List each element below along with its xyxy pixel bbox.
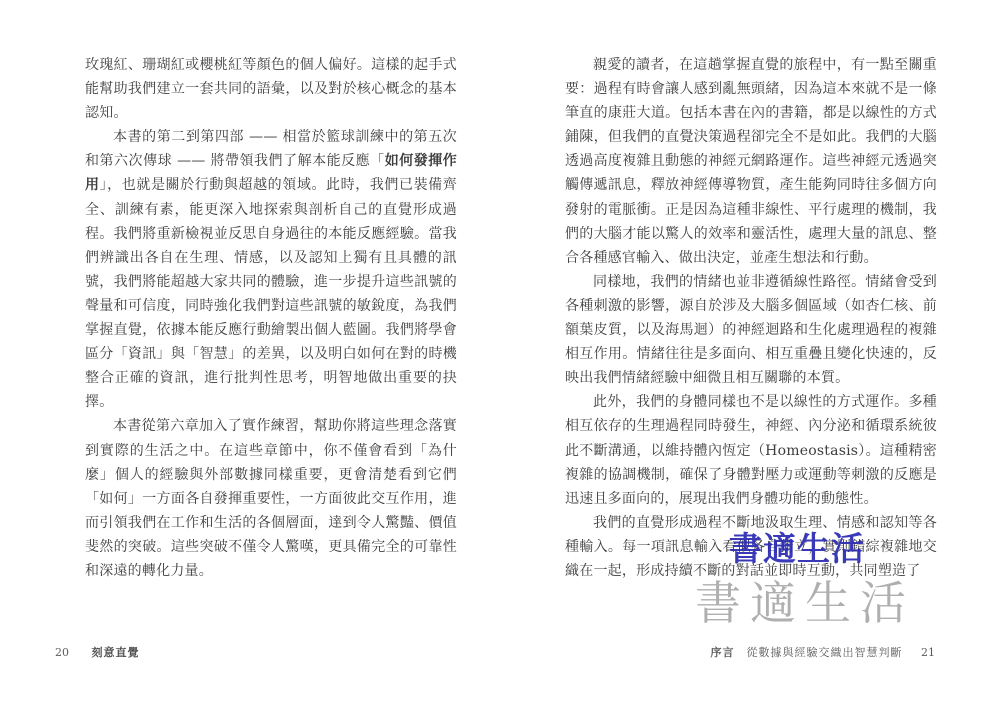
right-footer: 序言從數據與經驗交織出智慧判斷 21 (711, 644, 936, 660)
paragraph: 此外，我們的身體同樣也不是以線性的方式運作。多種相互依存的生理過程同時發生，神經… (565, 390, 937, 510)
chapter-title: 從數據與經驗交織出智慧判斷 (747, 646, 903, 659)
right-page-number: 21 (921, 646, 935, 659)
text-run: 同樣地，我們的情緒也並非遵循線性路徑。情緒會受到各種刺激的影響，源自於涉及大腦多… (565, 274, 937, 386)
paragraph: 同樣地，我們的情緒也並非遵循線性路徑。情緒會受到各種刺激的影響，源自於涉及大腦多… (565, 270, 937, 390)
paragraph: 玫瑰紅、珊瑚紅或櫻桃紅等顏色的個人偏好。這樣的起手式能幫助我們建立一套共同的語彙… (85, 53, 457, 125)
left-page-number: 20 (55, 646, 69, 659)
paragraph: 本書從第六章加入了實作練習，幫助你將這些理念落實到實際的生活之中。在這些章節中，… (85, 414, 457, 583)
paragraph: 本書的第二到第四部 —— 相當於籃球訓練中的第五次和第六次傳球 —— 將帶領我們… (85, 125, 457, 414)
book-spread: 玫瑰紅、珊瑚紅或櫻桃紅等顏色的個人偏好。這樣的起手式能幫助我們建立一套共同的語彙… (0, 0, 1000, 705)
text-run: 」，也就是關於行動與超越的領域。此時，我們已裝備齊全、訓練有素，能更深入地探索與… (85, 177, 457, 410)
text-run: 我們的直覺形成過程不斷地汲取生理、情感和認知等各種輸入。每一項訊息輸入看似各自獨… (565, 515, 937, 579)
left-page-text: 玫瑰紅、珊瑚紅或櫻桃紅等顏色的個人偏好。這樣的起手式能幫助我們建立一套共同的語彙… (85, 53, 457, 583)
book-title: 刻意直覺 (92, 646, 140, 659)
paragraph: 我們的直覺形成過程不斷地汲取生理、情感和認知等各種輸入。每一項訊息輸入看似各自獨… (565, 511, 937, 583)
right-page-text: 親愛的讀者，在這趟掌握直覺的旅程中，有一點至關重要：過程有時會讓人感到亂無頭緒，… (565, 53, 937, 583)
text-run: 本書從第六章加入了實作練習，幫助你將這些理念落實到實際的生活之中。在這些章節中，… (85, 418, 457, 579)
text-run: 玫瑰紅、珊瑚紅或櫻桃紅等顏色的個人偏好。這樣的起手式能幫助我們建立一套共同的語彙… (85, 57, 457, 121)
paragraph: 親愛的讀者，在這趟掌握直覺的旅程中，有一點至關重要：過程有時會讓人感到亂無頭緒，… (565, 53, 937, 270)
text-run: 此外，我們的身體同樣也不是以線性的方式運作。多種相互依存的生理過程同時發生，神經… (565, 394, 937, 506)
text-run: 親愛的讀者，在這趟掌握直覺的旅程中，有一點至關重要：過程有時會讓人感到亂無頭緒，… (565, 57, 937, 266)
section-label: 序言 (711, 646, 735, 659)
left-footer: 20 刻意直覺 (55, 644, 140, 660)
